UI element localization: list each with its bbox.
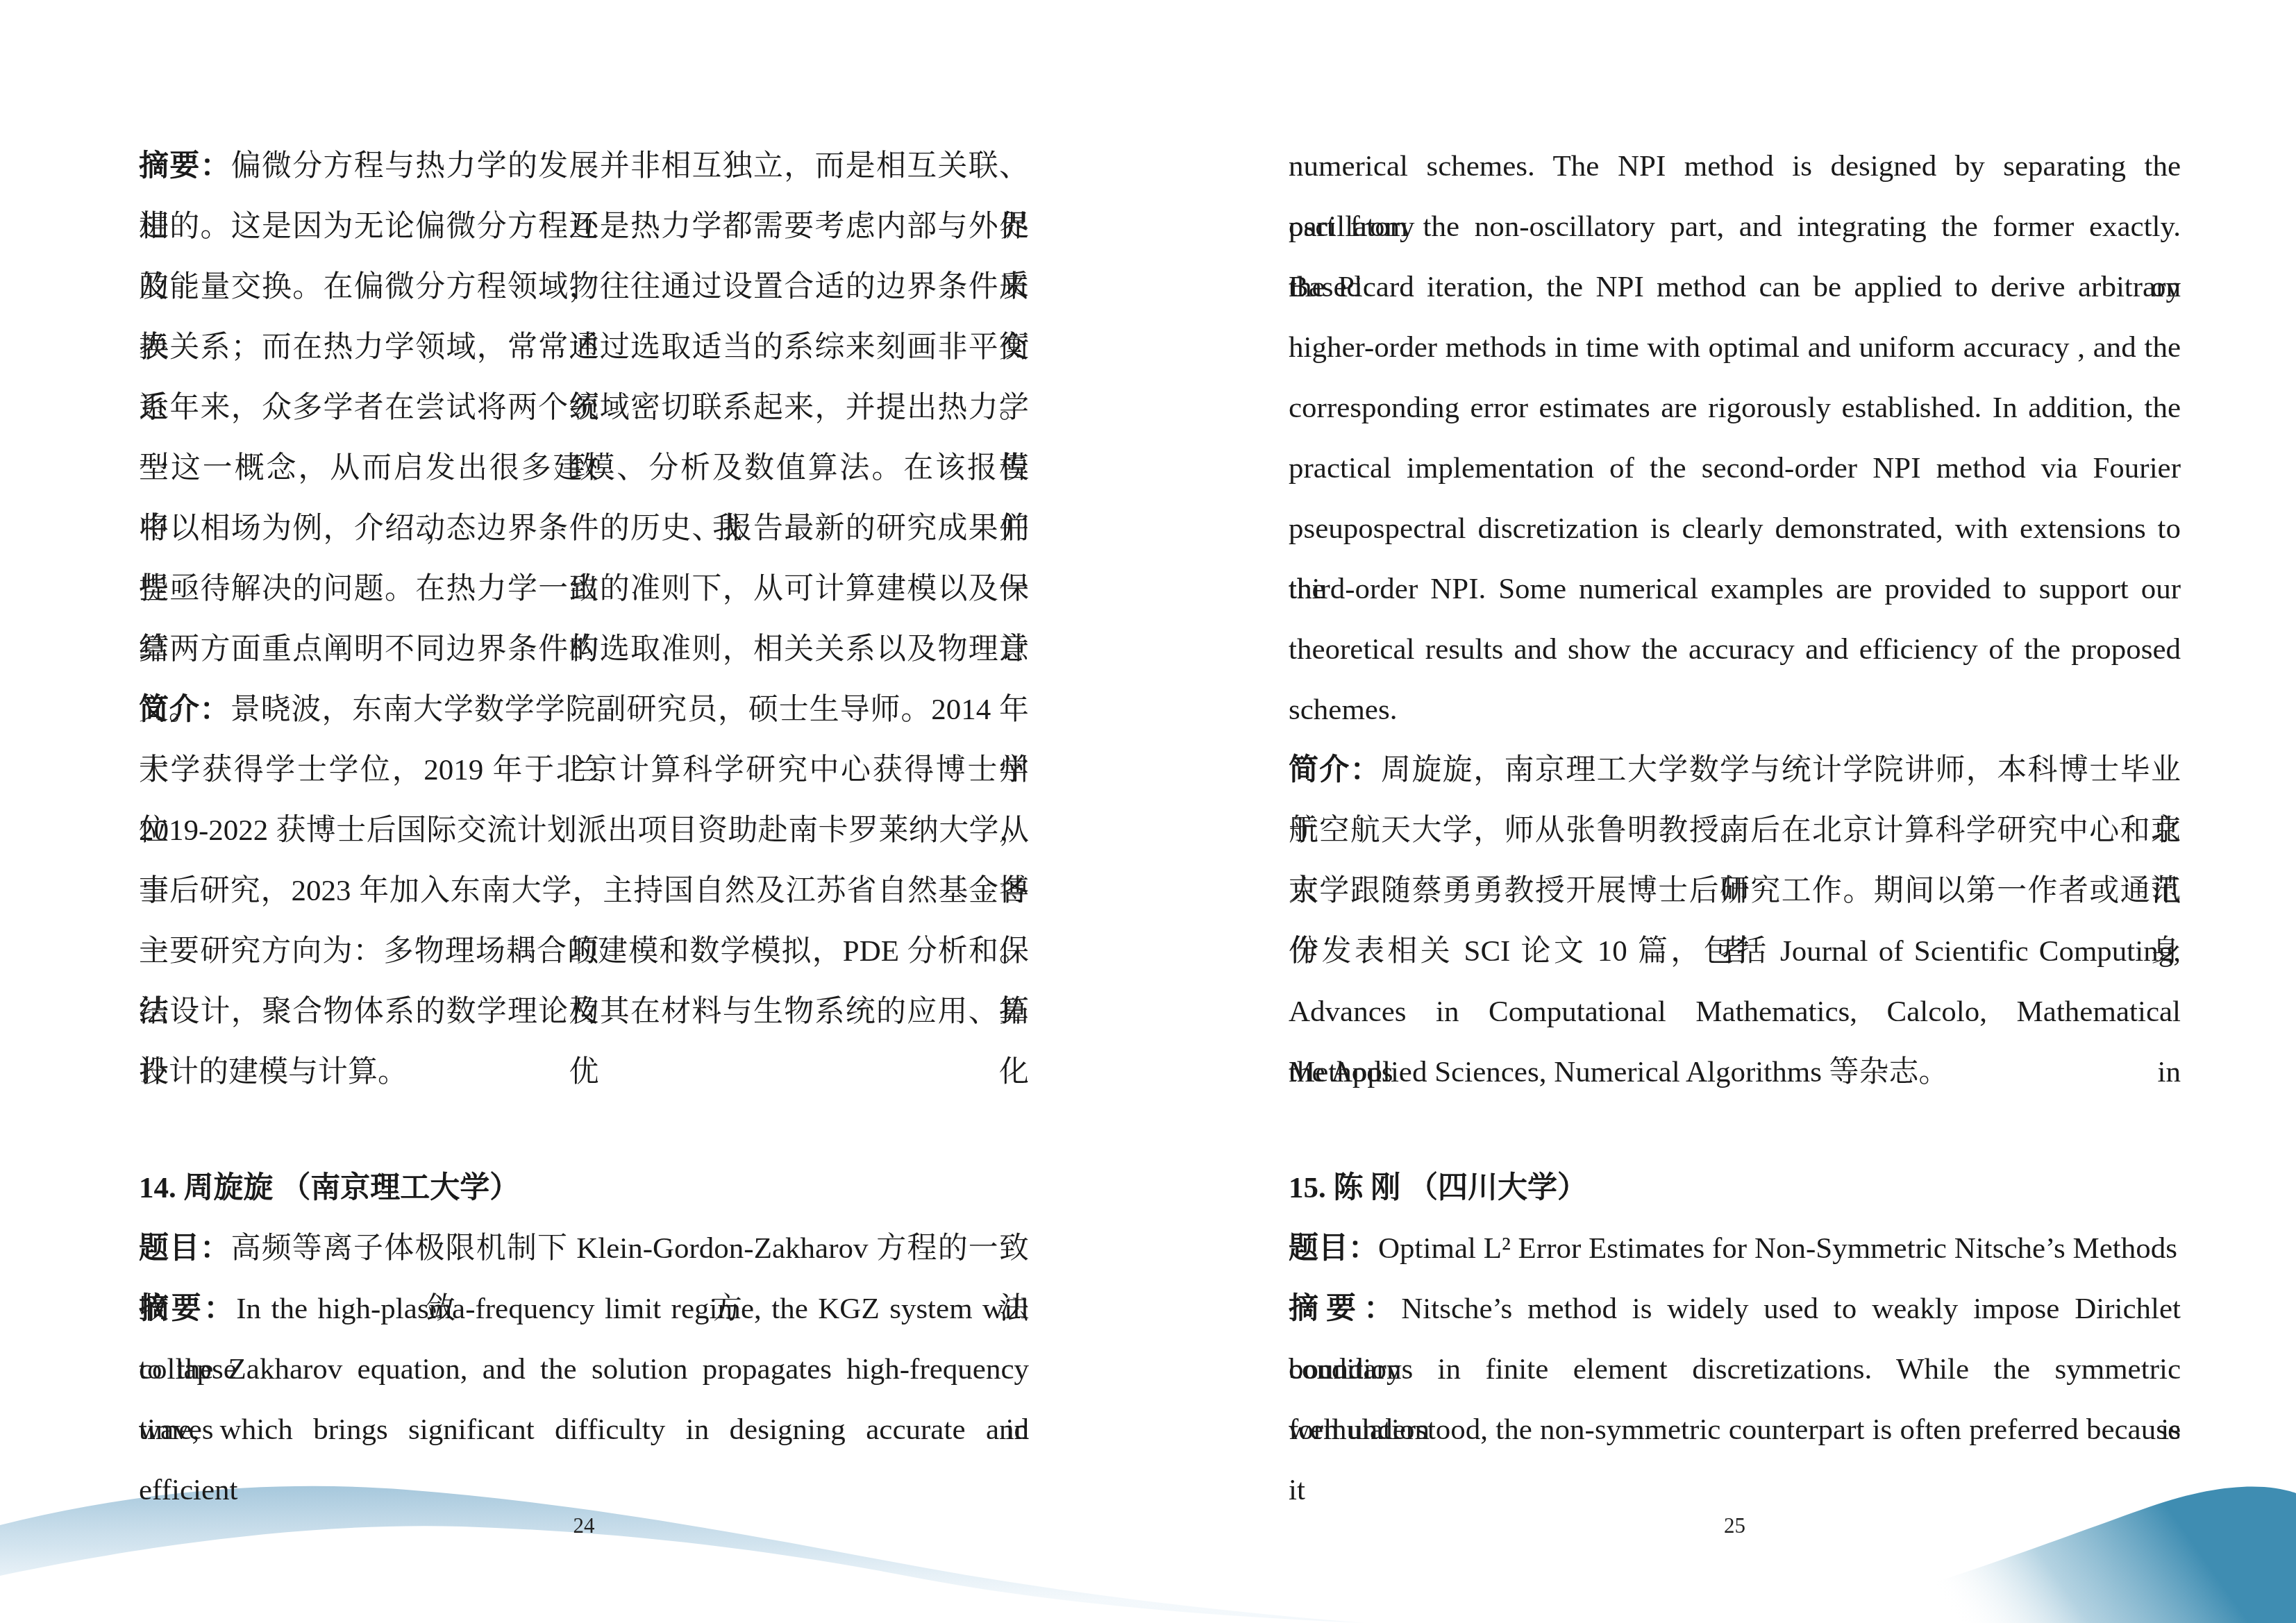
text-line: 将以相场为例，介绍动态边界条件的历史、报告最新的研究成果并提出一 <box>139 498 1029 559</box>
line-text: 15. 陈 刚 （四川大学） <box>1289 1172 1587 1204</box>
field-label: 题目： <box>1289 1232 1378 1265</box>
line-text: 14. 周旋旋 （南京理工大学） <box>139 1172 519 1204</box>
line-text: time, which brings significant difficult… <box>139 1413 1029 1506</box>
page-24: 摘要：偏微分方程与热力学的发展并非相互独立，而是相互关联、相互促 进的。这是因为… <box>139 0 1029 1623</box>
text-line: 及能量交换。在偏微分方程领域，往往通过设置合适的边界条件来表述交 <box>139 257 1029 317</box>
text-line: third-order NPI. Some numerical examples… <box>1289 559 2181 619</box>
line-text: third-order NPI. Some numerical examples… <box>1289 573 2181 605</box>
text-line: practical implementation of the second-o… <box>1289 438 2181 498</box>
text-line: 法设计，聚合物体系的数学理论及其在材料与生物系统的应用、拓扑优化 <box>139 982 1029 1042</box>
text-line: 航空航天大学，师从张鲁明教授。后在北京计算科学研究中心和北京师范 <box>1289 800 2181 861</box>
text-line: the Picard iteration, the NPI method can… <box>1289 257 2181 317</box>
text-line: 士后研究，2023 年加入东南大学，主持国自然及江苏省自然基金各一项。 <box>139 861 1029 921</box>
page-number-left: 24 <box>139 1513 1029 1538</box>
text-line: 进的。这是因为无论偏微分方程还是热力学都需要考虑内部与外界的物质 <box>139 196 1029 257</box>
line-text: the Picard iteration, the NPI method can… <box>1289 271 2181 303</box>
text-line: schemes. <box>1289 680 2181 740</box>
text-line: 算两方面重点阐明不同边界条件的选取准则，相关关系以及物理意义。 <box>139 619 1029 680</box>
text-line: 主要研究方向为：多物理场耦合的建模和数学模拟，PDE 分析和保结构算 <box>139 921 1029 982</box>
text-line: pseupospectral discretization is clearly… <box>1289 498 2181 559</box>
field-label: 题目： <box>139 1232 231 1265</box>
text-line: 简介：周旋旋，南京理工大学数学与统计学院讲师，本科博士毕业于南京 <box>1289 740 2181 800</box>
text-line: well understood, the non-symmetric count… <box>1289 1399 2181 1460</box>
text-line: 型这一概念，从而启发出很多建模、分析及数值算法。在该报告中，我们 <box>139 438 1029 498</box>
text-line: 题目：Optimal L² Error Estimates for Non-Sy… <box>1289 1218 2181 1279</box>
line-text: the Applied Sciences, Numerical Algorith… <box>1289 1056 1949 1088</box>
text-line: 近年来，众多学者在尝试将两个领域密切联系起来，并提出热力学一致模 <box>139 378 1029 438</box>
text-line: higher-order methods in time with optima… <box>1289 317 2181 378</box>
text-line: 14. 周旋旋 （南京理工大学） <box>139 1158 1029 1218</box>
page-25: numerical schemes. The NPI method is des… <box>1289 0 2181 1623</box>
field-label: 摘要： <box>139 1293 236 1325</box>
text-line: 份发表相关 SCI 论文 10 篇，包括 Journal of Scientif… <box>1289 921 2181 982</box>
text-line: time, which brings significant difficult… <box>139 1399 1029 1460</box>
text-line: corresponding error estimates are rigoro… <box>1289 378 2181 438</box>
text-line: to the Zakharov equation, and the soluti… <box>139 1339 1029 1399</box>
field-label: 摘要： <box>139 150 231 183</box>
text-line: 15. 陈 刚 （四川大学） <box>1289 1158 2181 1218</box>
text-line: conditions in finite element discretizat… <box>1289 1339 2181 1399</box>
text-line: 2019-2022 获博士后国际交流计划派出项目资助赴南卡罗莱纳大学从事博 <box>139 800 1029 861</box>
text-line: 摘要：偏微分方程与热力学的发展并非相互独立，而是相互关联、相互促 <box>139 136 1029 196</box>
text-line: 大学获得学士学位，2019 年于北京计算科学研究中心获得博士学位， <box>139 740 1029 800</box>
text-line: 题目：高频等离子体极限机制下 Klein-Gordon-Zakharov 方程的… <box>139 1218 1029 1279</box>
field-label: 简介： <box>1289 754 1381 787</box>
line-text: theoretical results and show the accurac… <box>1289 633 2181 666</box>
text-line: 摘要：Nitsche’s method is widely used to we… <box>1289 1279 2181 1339</box>
text-line: Advances in Computational Mathematics, C… <box>1289 982 2181 1042</box>
line-text: 设计的建模与计算。 <box>139 1056 408 1088</box>
line-text: 份发表相关 SCI 论文 10 篇，包括 Journal of Scientif… <box>1289 935 2181 968</box>
document-spread: 摘要：偏微分方程与热力学的发展并非相互独立，而是相互关联、相互促 进的。这是因为… <box>0 0 2296 1623</box>
line-text: practical implementation of the second-o… <box>1289 452 2181 485</box>
text-line: theoretical results and show the accurac… <box>1289 619 2181 680</box>
line-text: schemes. <box>1289 693 1397 726</box>
text-line: numerical schemes. The NPI method is des… <box>1289 136 2181 196</box>
text-line: 摘要：In the high-plasma-frequency limit re… <box>139 1279 1029 1339</box>
line-text: higher-order methods in time with optima… <box>1289 331 2181 364</box>
text-line: 些亟待解决的问题。在热力学一致的准则下，从可计算建模以及保结构计 <box>139 559 1029 619</box>
page-number-right: 25 <box>1289 1513 2181 1538</box>
text-line: 简介：景晓波，东南大学数学学院副研究员，硕士生导师。2014 年于兰州 <box>139 680 1029 740</box>
line-text: corresponding error estimates are rigoro… <box>1289 392 2181 424</box>
line-text: Optimal L² Error Estimates for Non-Symme… <box>1378 1232 2177 1265</box>
field-label: 摘要： <box>1289 1293 1401 1325</box>
text-line: 大学跟随蔡勇勇教授开展博士后研究工作。期间以第一作者或通讯作者身 <box>1289 861 2181 921</box>
line-text: well understood, the non-symmetric count… <box>1289 1413 2181 1506</box>
field-label: 简介： <box>139 693 231 726</box>
text-line: 换关系；而在热力学领域，常常通过选取适当的系综来刻画非平衡系统。 <box>139 317 1029 378</box>
text-line: part from the non-oscillatory part, and … <box>1289 196 2181 257</box>
